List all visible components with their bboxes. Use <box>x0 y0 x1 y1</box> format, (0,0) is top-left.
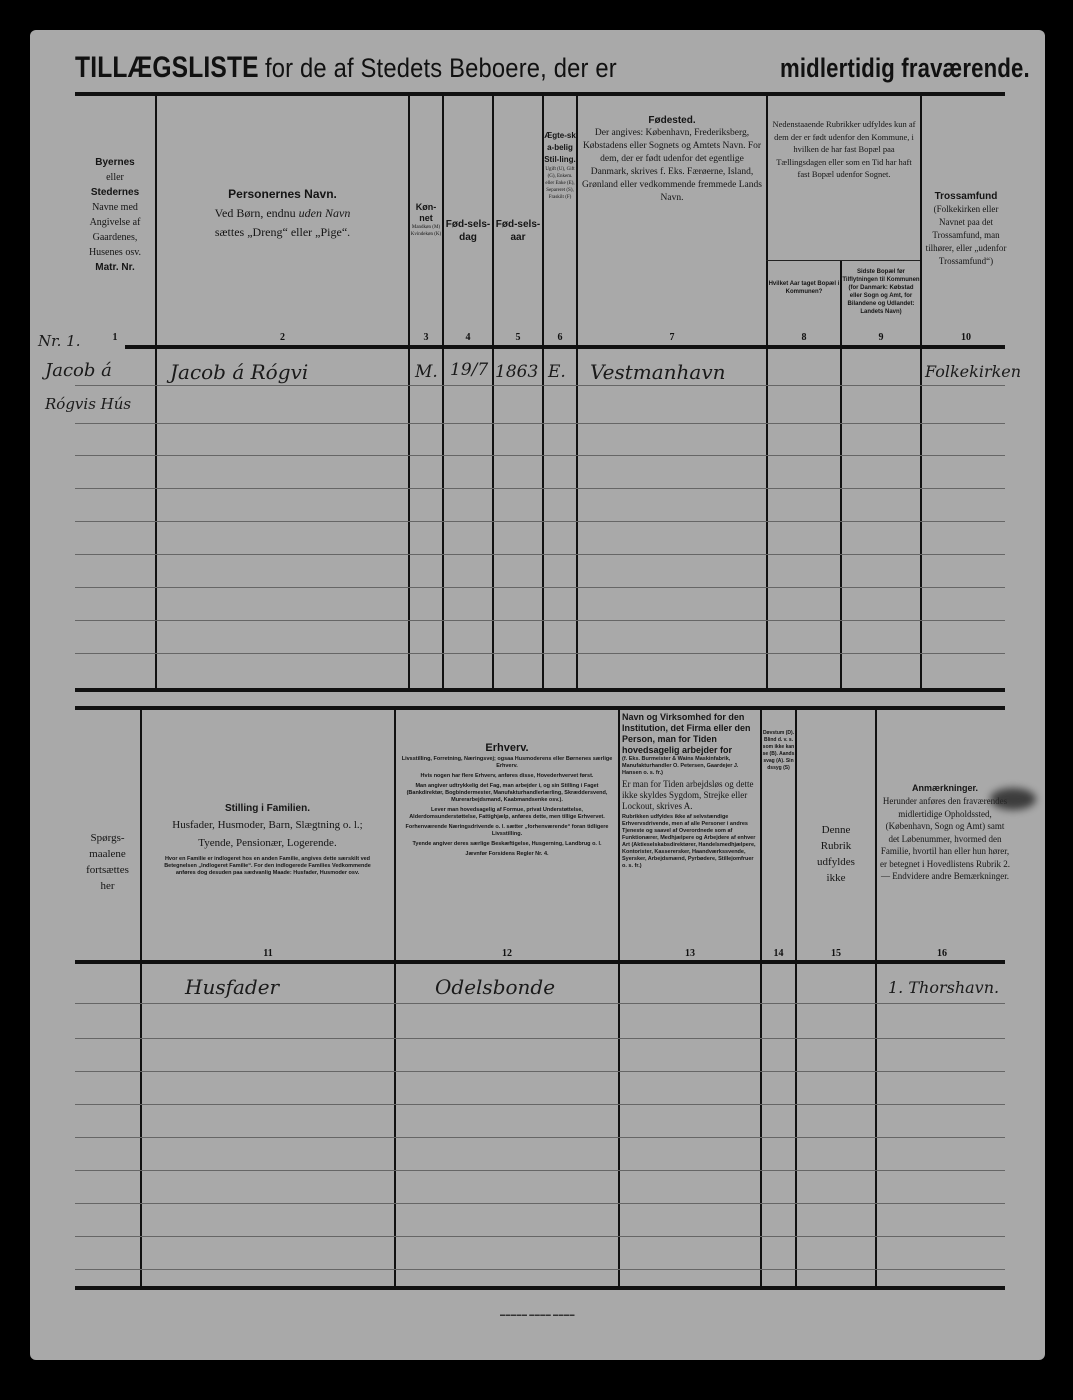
v-line <box>760 708 762 1288</box>
col7-header: Fødested. Der angives: København, Freder… <box>582 114 762 205</box>
upper-table-bottom-rule <box>75 688 1005 692</box>
col8-header: Hvilket Aar taget Bopæl i Kommunen? <box>768 280 840 296</box>
col9-header: Sidste Bopæl før Tilflytningen til Kommu… <box>842 268 920 316</box>
col16-number: 16 <box>877 948 1007 959</box>
lower-table-bottom-rule <box>75 1286 1005 1290</box>
row-line <box>75 653 1005 654</box>
title-middle: for de af Stedets Beboere, der er <box>265 48 758 88</box>
row-line <box>75 455 1005 456</box>
h-line <box>766 260 920 261</box>
census-form-page: TILLÆGSLISTEfor de af Stedets Beboere, d… <box>30 30 1045 1360</box>
v-line <box>394 708 396 1288</box>
row-line <box>75 620 1005 621</box>
col11-header: Stilling i Familien. Husfader, Husmoder,… <box>155 802 380 877</box>
continues-here-label: Spørgs- maalene fortsættes her <box>75 830 140 894</box>
col3-number: 3 <box>410 332 442 343</box>
col6-header: Ægte-ska-belig Stil-ling. Ugift (U), Gif… <box>544 130 576 201</box>
title-end: midlertidig fraværende. <box>780 48 1030 88</box>
col1-number: 1 <box>75 332 155 343</box>
row-line <box>75 554 1005 555</box>
entry-birth-day: 19/7 <box>450 360 488 380</box>
col5-header: Fød-sels-aar <box>494 218 542 244</box>
lower-table-top-rule <box>75 706 1005 710</box>
col7-number: 7 <box>578 332 766 343</box>
row-line <box>75 385 1005 386</box>
title-main: TILLÆGSLISTE <box>75 48 231 88</box>
col10-header: Trossamfund (Folkekirken eller Navnet pa… <box>922 190 1010 268</box>
row-line <box>75 488 1005 489</box>
entry-sex: M. <box>415 362 438 382</box>
entry-birth-year: 1863 <box>495 362 538 382</box>
col4-number: 4 <box>444 332 492 343</box>
row-line <box>75 1203 1005 1204</box>
entry-place-line1: Jacob á <box>45 360 112 381</box>
row-line <box>75 521 1005 522</box>
entry-religion: Folkekirken <box>925 362 1021 381</box>
col14-header: Døvstum (D). Blind d. v. s. som ikke kan… <box>762 730 795 772</box>
col14-number: 14 <box>762 948 795 959</box>
v-line <box>920 95 922 690</box>
entry-family-position: Husfader <box>185 975 279 999</box>
col11-number: 11 <box>142 948 394 959</box>
v-line <box>840 260 842 690</box>
col1-header: Byernes eller Stedernes Navne med Angive… <box>75 155 155 275</box>
row-line <box>75 587 1005 588</box>
row-line <box>75 423 1005 424</box>
col8-number: 8 <box>768 332 840 343</box>
col9-number: 9 <box>842 332 920 343</box>
entry-occupation: Odelsbonde <box>435 975 555 999</box>
v-line <box>140 708 142 1288</box>
v-line <box>408 95 410 690</box>
row-line <box>75 1170 1005 1171</box>
col15-header: Denne Rubrik udfyldes ikke <box>797 822 875 886</box>
col12-number: 12 <box>396 948 618 959</box>
col5-number: 5 <box>494 332 542 343</box>
col13-number: 13 <box>620 948 760 959</box>
entry-person-name: Jacob á Rógvi <box>170 360 308 384</box>
col8-9-group-header: Nedenstaaende Rubrikker udfyldes kun af … <box>772 118 916 181</box>
lower-header-rule <box>75 960 1005 964</box>
col2-number: 2 <box>157 332 408 343</box>
v-line <box>442 95 444 690</box>
row-line <box>75 1003 1005 1004</box>
col4-header: Fød-sels-dag <box>444 218 492 244</box>
entry-marital-status: E. <box>548 362 566 382</box>
col13-header: Navn og Virksomhed for den Institution, … <box>622 712 758 870</box>
entry-remarks: 1. Thorshavn. <box>888 978 999 997</box>
entry-birthplace: Vestmanhavn <box>590 360 726 384</box>
entry-number: Nr. 1. <box>38 332 81 350</box>
v-line <box>492 95 494 690</box>
title-rule <box>75 92 1005 96</box>
col10-number: 10 <box>922 332 1010 343</box>
v-line <box>766 95 768 690</box>
row-line <box>75 1236 1005 1237</box>
row-line <box>75 1071 1005 1072</box>
header-rule <box>125 345 1005 349</box>
col12-header: Erhverv. Livsstilling, Forretning, Nærin… <box>400 740 614 858</box>
ink-smudge <box>990 788 1036 810</box>
col15-number: 15 <box>797 948 875 959</box>
col6-number: 6 <box>544 332 576 343</box>
col2-header: Personernes Navn. Ved Børn, endnu uden N… <box>157 185 408 242</box>
v-line <box>875 708 877 1288</box>
row-line <box>75 1269 1005 1270</box>
row-line <box>75 1137 1005 1138</box>
v-line <box>795 708 797 1288</box>
v-line <box>618 708 620 1288</box>
col3-header: Køn-net Mandkøn (M) Kvindekøn (K) <box>410 202 442 238</box>
printer-imprint: ▬▬▬▬▬ ▬▬▬▬ ▬▬▬▬ <box>500 1313 575 1318</box>
form-title: TILLÆGSLISTEfor de af Stedets Beboere, d… <box>75 48 1005 88</box>
row-line <box>75 1038 1005 1039</box>
v-line <box>576 95 578 690</box>
row-line <box>75 1104 1005 1105</box>
entry-place-line2: Rógvis Hús <box>45 395 131 413</box>
